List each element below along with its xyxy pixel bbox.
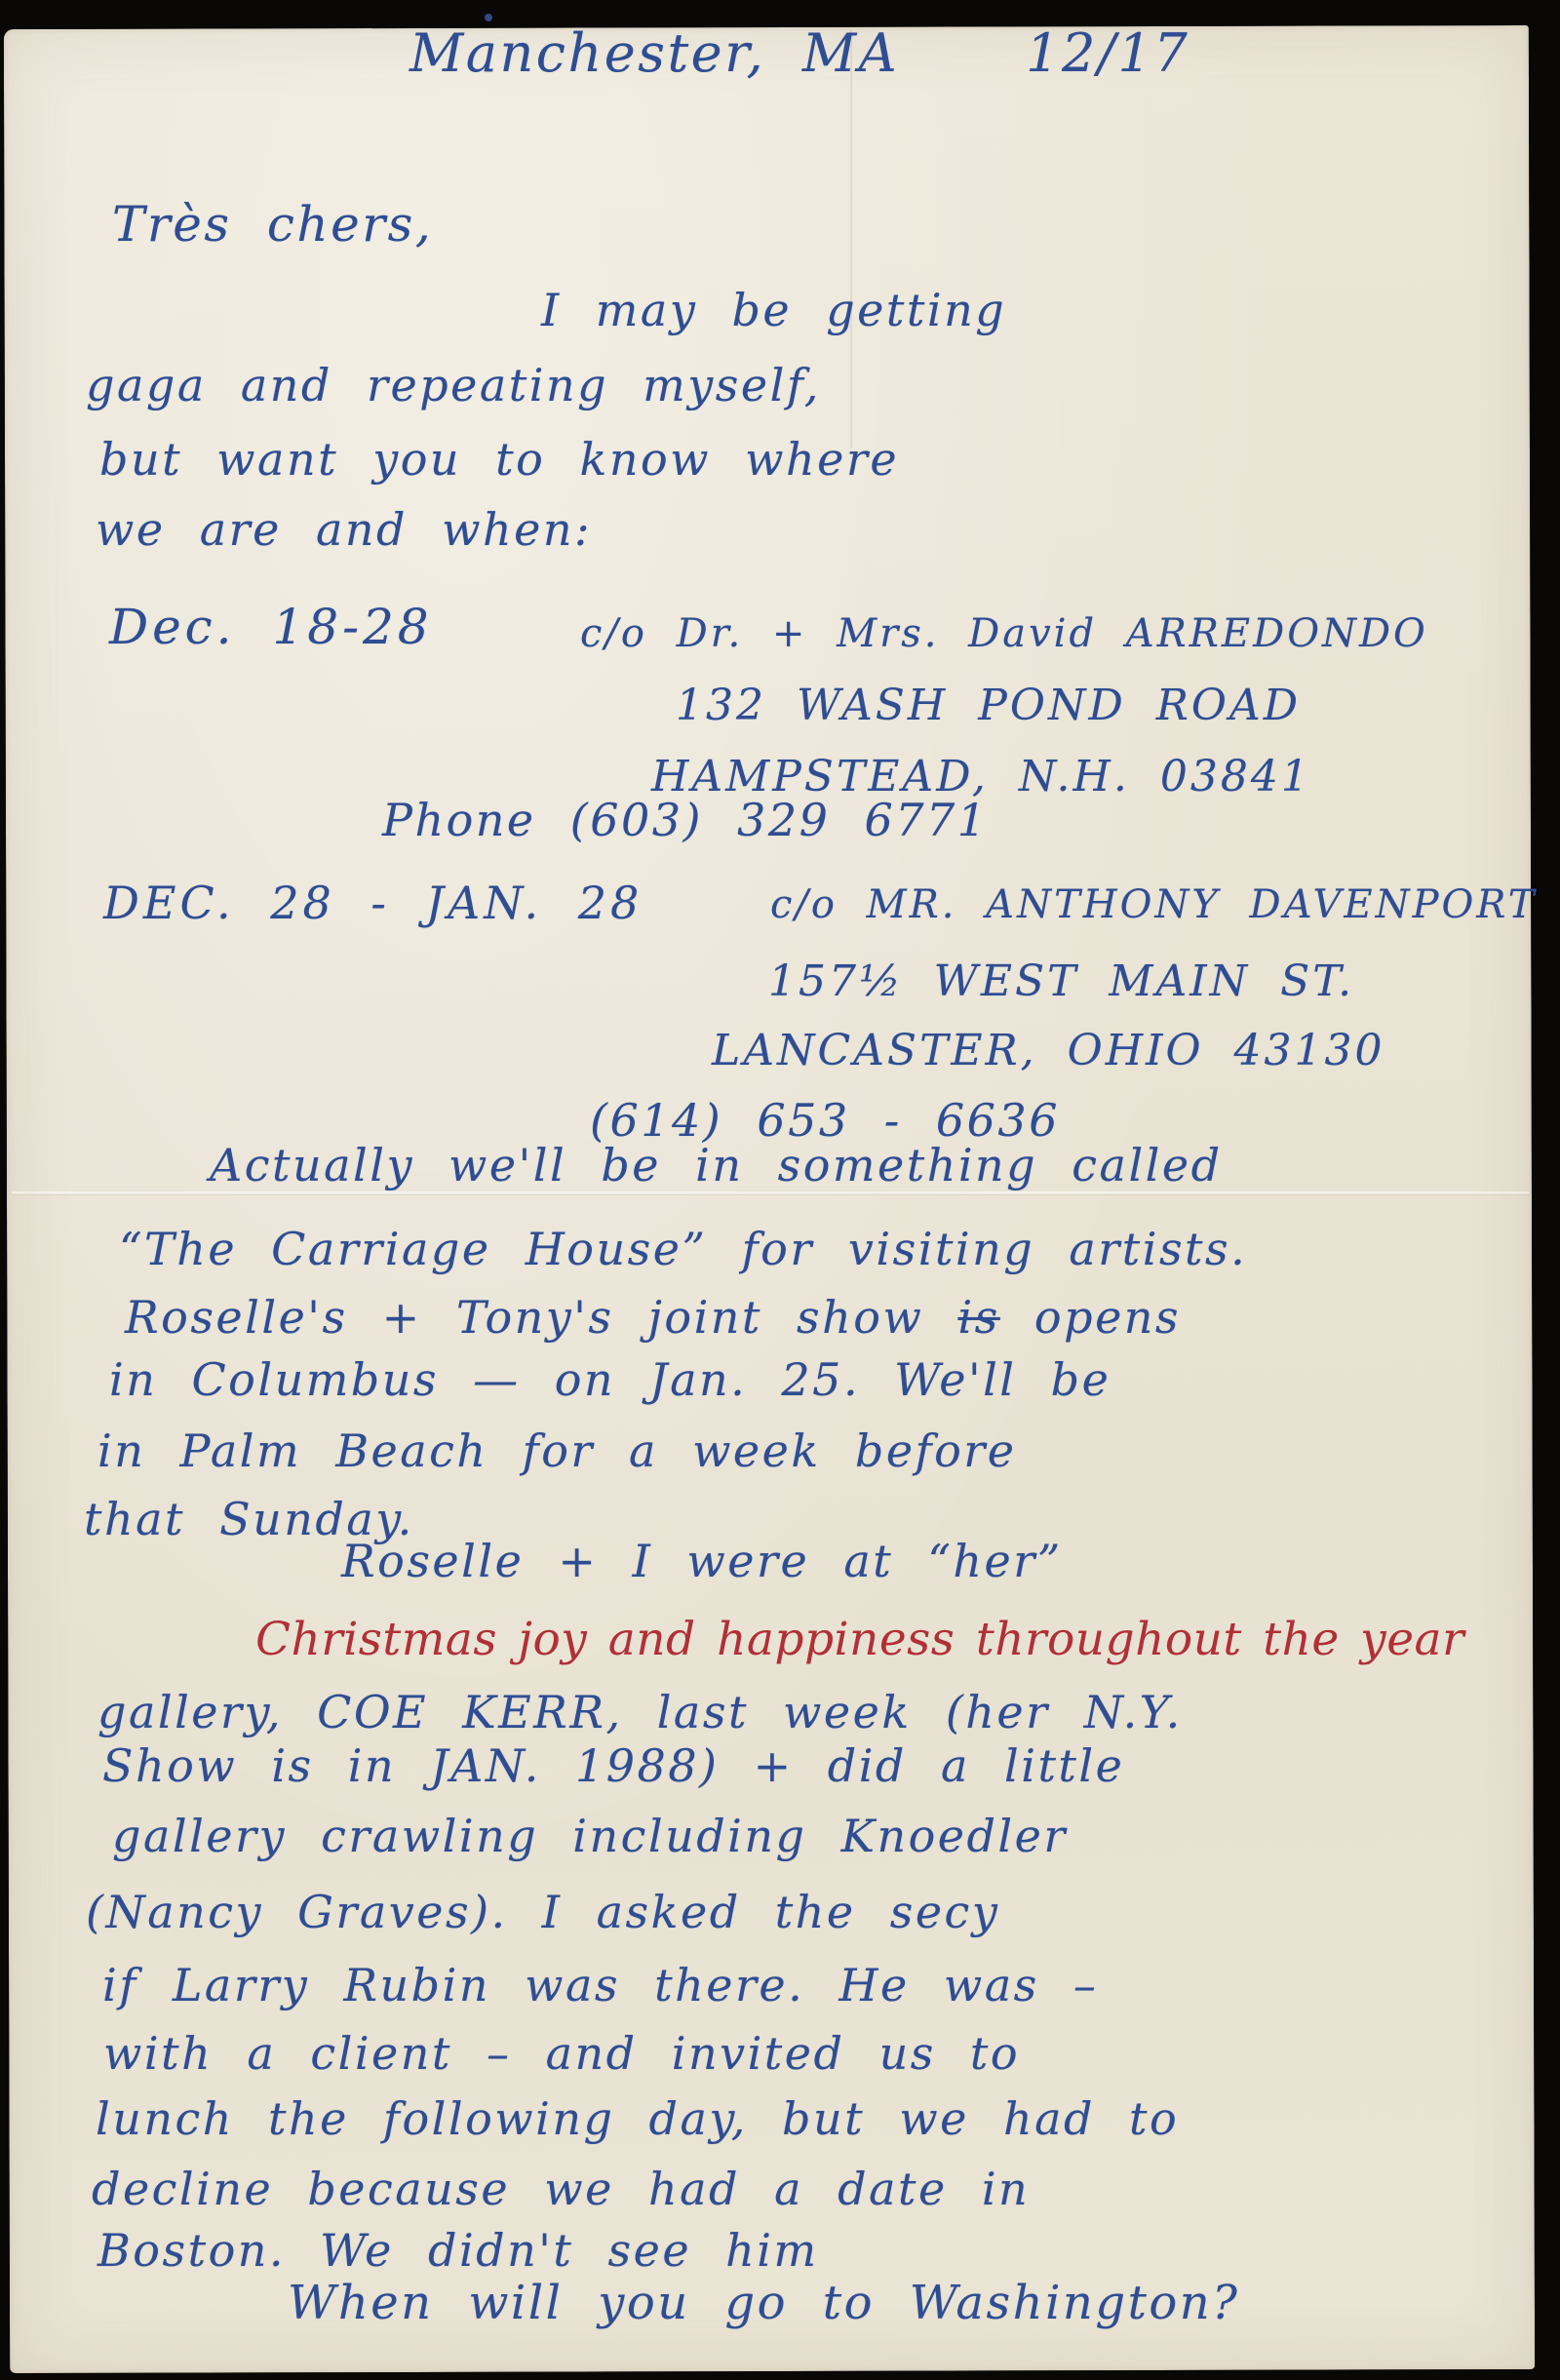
letter-line: in Columbus — on Jan. 25. We'll be [109,1357,1111,1402]
stay1-phone: Phone (603) 329 6771 [382,798,989,842]
closing-question: When will you go to Washington? [288,2280,1239,2326]
letter-line: lunch the following day, but we had to [96,2096,1179,2141]
letter-line: “The Carriage House” for visiting artist… [119,1227,1247,1271]
strike-line-after: opens [1034,1291,1181,1344]
letter-line: Roselle + I were at “her” [341,1539,1063,1583]
letter-line: Actually we'll be in something called [210,1143,1223,1188]
stay1-street: 132 WASH POND ROAD [676,684,1301,727]
letter-line: (Nancy Graves). I asked the secy [86,1890,999,1934]
letter-line: gaga and repeating myself, [86,363,821,408]
strike-line-before: Roselle's + Tony's joint show [125,1291,923,1344]
letter-line: I may be getting [541,288,1006,332]
letter-line: in Palm Beach for a week before [97,1428,1016,1473]
letter-line: but want you to know where [99,437,899,482]
dateline-place: Manchester, MA [409,22,899,84]
letter-line-with-strikethrough: Roselle's + Tony's joint show is opens [125,1295,1181,1340]
salutation: Très chers, [112,200,433,249]
printed-christmas-greeting: Christmas joy and happiness throughout t… [255,1617,1464,1662]
dateline-date: 12/17 [1026,22,1189,84]
stay2-care-of: c/o MR. ANTHONY DAVENPORT [770,885,1537,924]
letter-line: with a client – and invited us to [103,2031,1020,2076]
letter-line: decline because we had a date in [92,2166,1030,2211]
struck-word: is [957,1291,999,1344]
letter-line: if Larry Rubin was there. He was – [102,1963,1098,2008]
letter-line: gallery crawling including Knoedler [112,1814,1068,1858]
dateline: Manchester, MA12/17 [409,27,1189,80]
stay2-street: 157½ WEST MAIN ST. [768,960,1354,1003]
stay2-phone: (614) 653 - 6636 [590,1098,1060,1143]
scanned-letter-page: { "palette": { "mat_black": "#0a0806", "… [0,0,1560,2380]
letter-line: we are and when: [96,507,592,552]
letter-content: Manchester, MA12/17 Très chers, I may be… [0,0,1560,2380]
stay1-care-of: c/o Dr. + Mrs. David ARREDONDO [580,614,1428,653]
stay1-dates: Dec. 18-28 [109,603,433,651]
stay1-city: HAMPSTEAD, N.H. 03841 [651,756,1311,799]
letter-line: Show is in JAN. 1988) + did a little [102,1743,1124,1788]
stay2-dates: DEC. 28 - JAN. 28 [103,880,643,925]
letter-line: gallery, COE KERR, last week (her N.Y. [97,1690,1183,1735]
stay2-city: LANCASTER, OHIO 43130 [712,1030,1385,1073]
letter-line: Boston. We didn't see him [97,2228,819,2273]
